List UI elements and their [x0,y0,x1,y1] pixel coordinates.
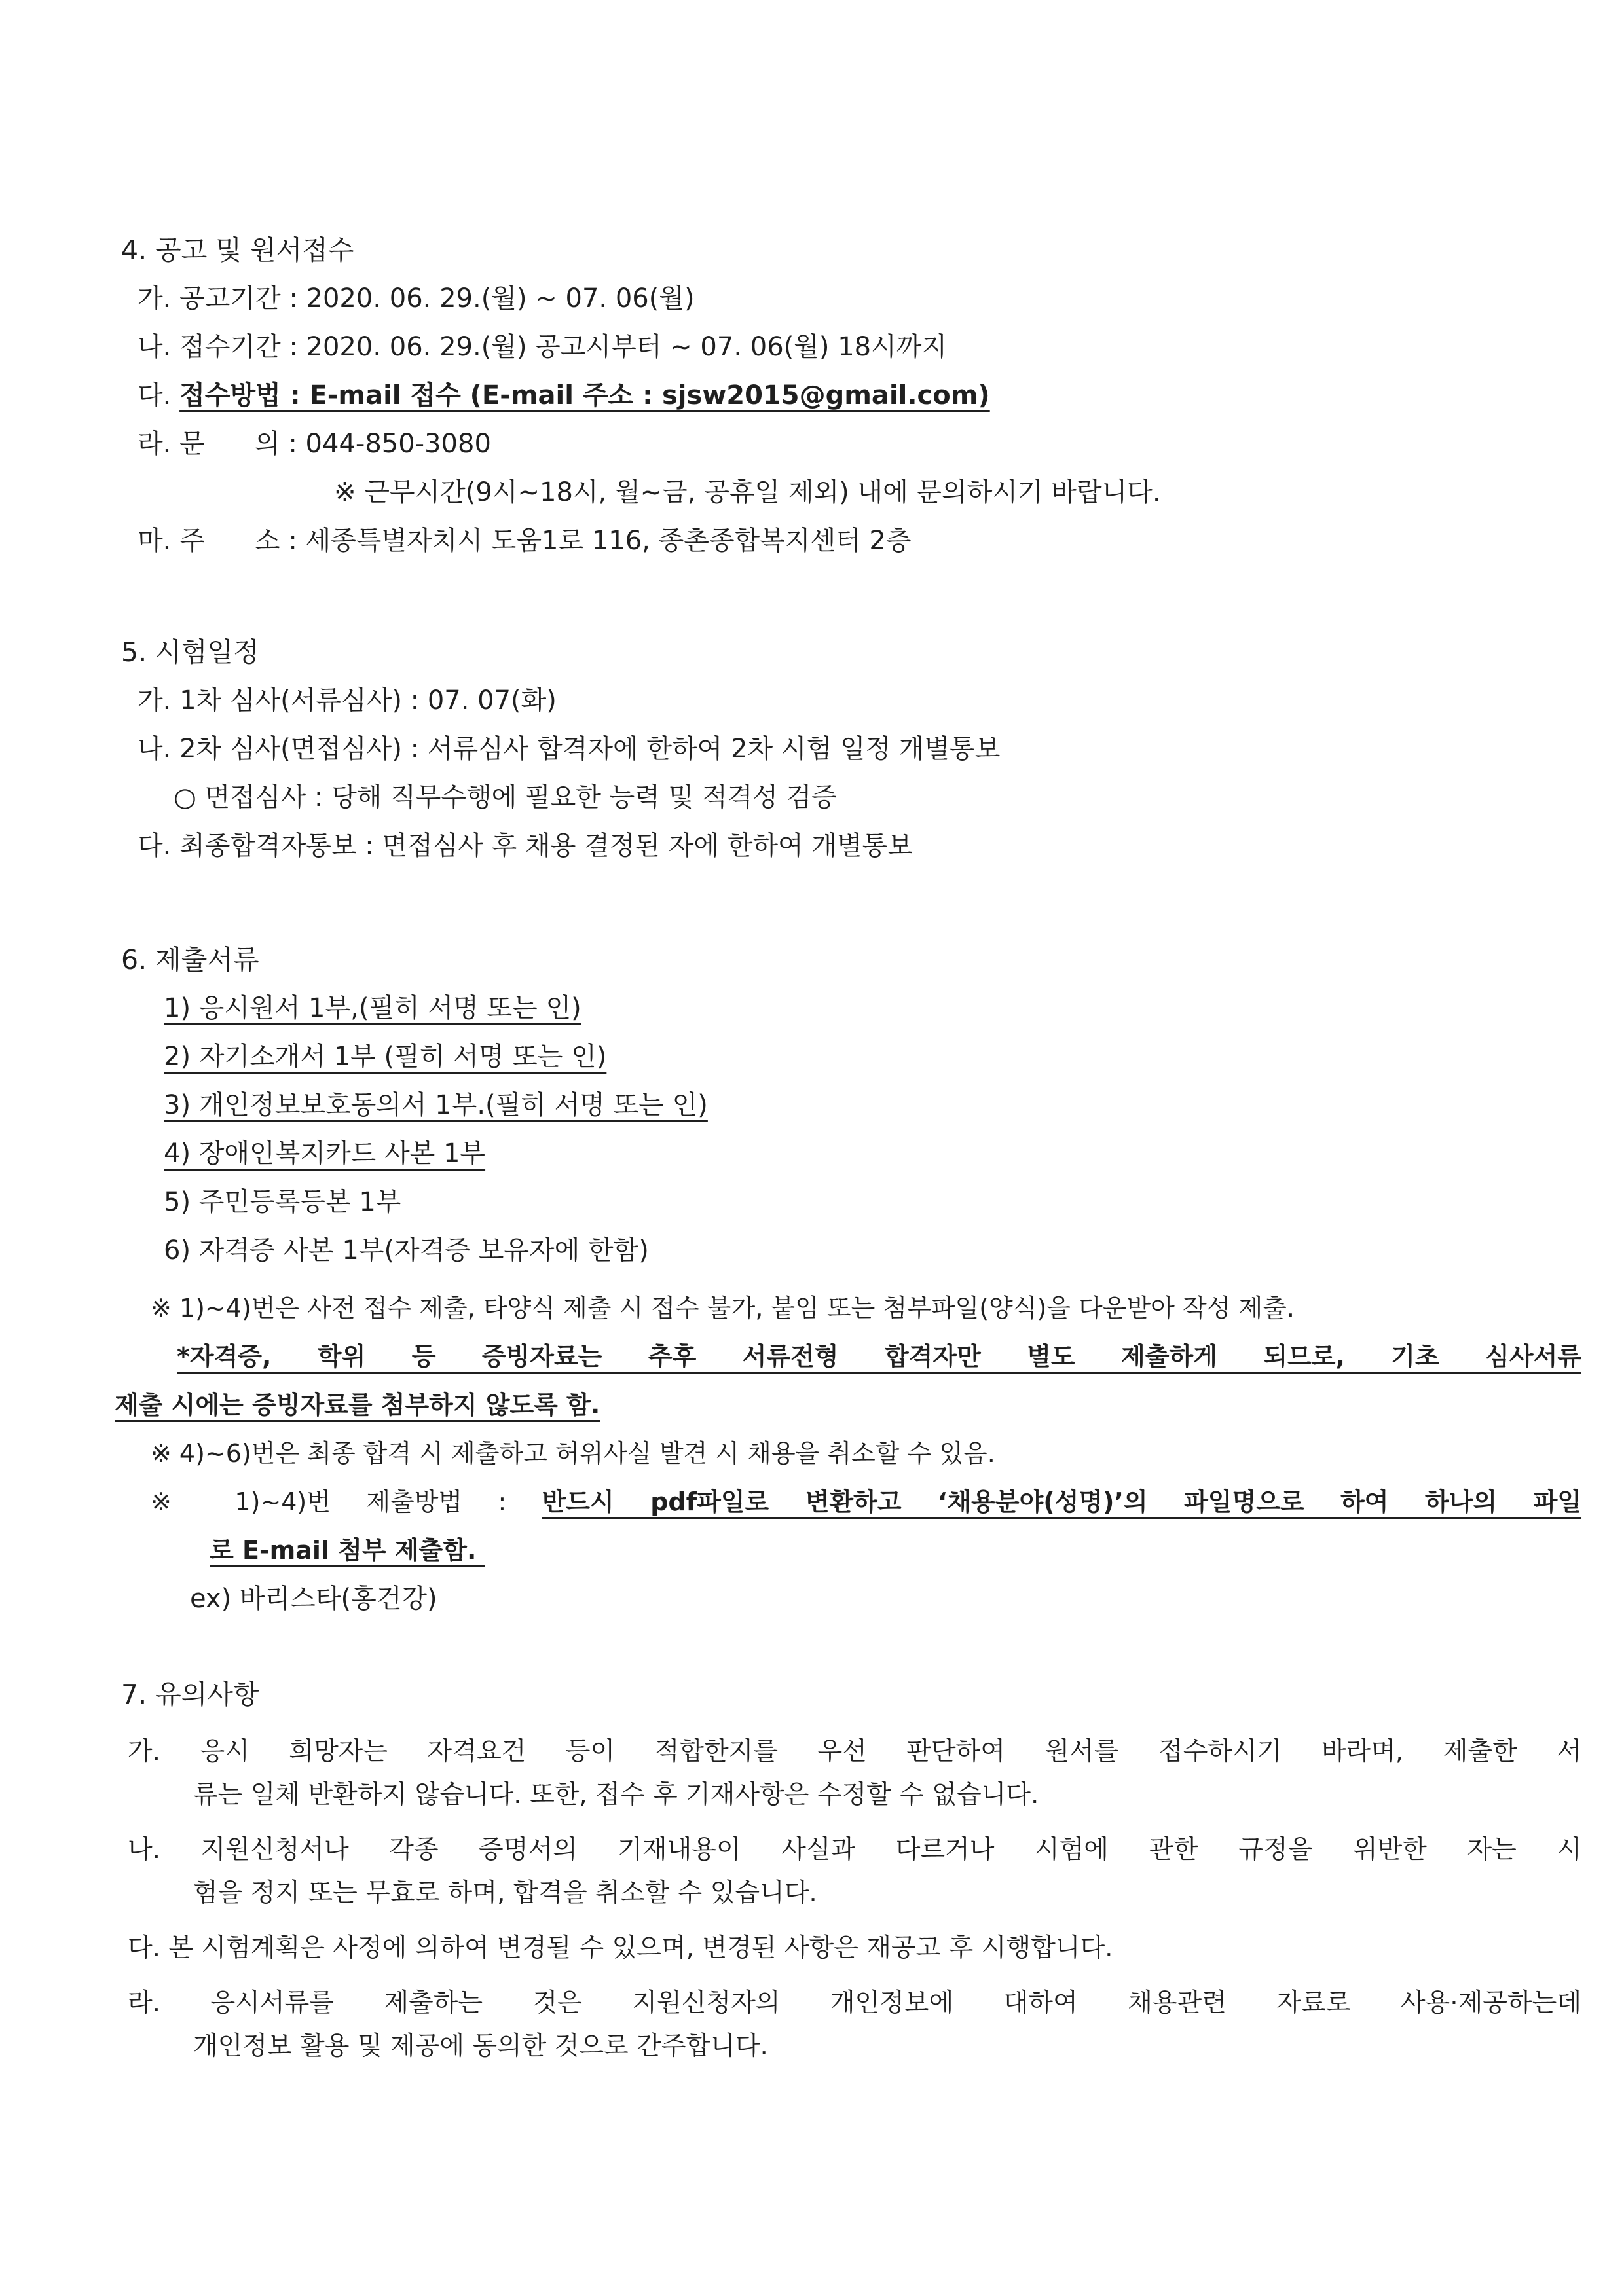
second-screening: 나. 2차 심사(면접심사) : 서류심사 합격자에 한하여 2차 시험 일정 … [121,725,1581,773]
document-body: 4. 공고 및 원서접수가. 공고기간 : 2020. 06. 29.(월) ~… [121,226,1581,2068]
text-segment: 라. 응시서류를 제출하는 것은 지원신청자의 개인정보에 대하여 채용관련 자… [128,1988,1581,2018]
section-title-documents: 6. 제출서류 [121,936,1581,984]
doc-disability-card: 4) 장애인복지카드 사본 1부 [121,1129,1581,1178]
text-segment: ※ 근무시간(9시~18시, 월~금, 공휴일 제외) 내에 문의하시기 바랍니… [334,477,1161,507]
doc-resident-register: 5) 주민등록등본 1부 [121,1178,1581,1226]
text-segment: ※ 1)~4)번 제출방법 : [151,1487,542,1516]
text-segment: 라. 문 의 : 044-850-3080 [138,429,491,459]
application-method: 다. 접수방법 : E-mail 접수 (E-mail 주소 : sjsw201… [121,371,1581,420]
text-segment: 제출 시에는 증빙자료를 첨부하지 않도록 함. [115,1391,600,1419]
section-notes: 7. 유의사항가. 응시 희망자는 자격요건 등이 적합한지를 우선 판단하여 … [121,1670,1581,2068]
caution-b-line1: 나. 지원신청서나 각종 증명서의 기재내용이 사실과 다르거나 시험에 관한 … [121,1829,1581,1872]
interview-detail: ○ 면접심사 : 당해 직무수행에 필요한 능력 및 적격성 검증 [121,773,1581,822]
address: 마. 주 소 : 세종특별자치시 도움1로 116, 종촌종합복지센터 2층 [121,517,1581,565]
text-segment: 마. 주 소 : 세종특별자치시 도움1로 116, 종촌종합복지센터 2층 [138,526,912,556]
text-segment: 4) 장애인복지카드 사본 1부 [164,1139,485,1169]
text-segment: 개인정보 활용 및 제공에 동의한 것으로 간주합니다. [193,2032,768,2061]
section-documents: 6. 제출서류1) 응시원서 1부,(필히 서명 또는 인)2) 자기소개서 1… [121,936,1581,1623]
section-schedule: 5. 시험일정가. 1차 심사(서류심사) : 07. 07(화)나. 2차 심… [121,628,1581,870]
document-page: 4. 공고 및 원서접수가. 공고기간 : 2020. 06. 29.(월) ~… [0,0,1624,2296]
text-segment: 다. 본 시험계획은 사정에 의하여 변경될 수 있으며, 변경된 사항은 재공… [128,1933,1113,1963]
text-segment: 로 E-mail 첨부 제출함. [210,1536,485,1565]
contact-hours-note: ※ 근무시간(9시~18시, 월~금, 공휴일 제외) 내에 문의하시기 바랍니… [121,468,1581,517]
note-pdf-method: ※ 1)~4)번 제출방법 : 반드시 pdf파일로 변환하고 ‘채용분야(성명… [121,1478,1581,1526]
text-segment: ○ 면접심사 : 당해 직무수행에 필요한 능력 및 적격성 검증 [174,782,837,812]
text-segment: 접수방법 : E-mail 접수 (E-mail 주소 : sjsw2015@g… [179,380,990,410]
text-segment: 나. 접수기간 : 2020. 06. 29.(월) 공고시부터 ~ 07. 0… [138,332,947,362]
text-segment: 3) 개인정보보호동의서 1부.(필히 서명 또는 인) [164,1090,708,1120]
text-segment: 나. 지원신청서나 각종 증명서의 기재내용이 사실과 다르거나 시험에 관한 … [128,1835,1581,1865]
caution-c: 다. 본 시험계획은 사정에 의하여 변경될 수 있으며, 변경된 사항은 재공… [121,1927,1581,1970]
text-segment: 6) 자격증 사본 1부(자격증 보유자에 한함) [164,1235,649,1266]
text-segment: 험을 정지 또는 무효로 하며, 합격을 취소할 수 있습니다. [193,1878,817,1908]
contact-phone: 라. 문 의 : 044-850-3080 [121,420,1581,468]
section-title-announcement: 4. 공고 및 원서접수 [121,226,1581,274]
caution-a-line2: 류는 일체 반환하지 않습니다. 또한, 접수 후 기재사항은 수정할 수 없습… [121,1774,1581,1817]
text-segment: ex) 바리스타(홍건강) [190,1584,437,1614]
text-segment: *자격증, 학위 등 증빙자료는 추후 서류전형 합격자만 별도 제출하게 되므… [177,1342,1581,1371]
text-segment: 다. 최종합격자통보 : 면접심사 후 채용 결정된 자에 한하여 개별통보 [138,831,913,861]
final-pass-notice: 다. 최종합격자통보 : 면접심사 후 채용 결정된 자에 한하여 개별통보 [121,822,1581,870]
note-evidence-line2: 제출 시에는 증빙자료를 첨부하지 않도록 함. [115,1381,1581,1429]
caution-d-line1: 라. 응시서류를 제출하는 것은 지원신청자의 개인정보에 대하여 채용관련 자… [121,1982,1581,2025]
example-filename: ex) 바리스타(홍건강) [121,1575,1581,1623]
text-segment: ※ 4)~6)번은 최종 합격 시 제출하고 허위사실 발견 시 채용을 취소할… [151,1439,995,1468]
text-segment: 가. 응시 희망자는 자격요건 등이 적합한지를 우선 판단하여 원서를 접수하… [128,1737,1581,1766]
doc-license-copy: 6) 자격증 사본 1부(자격증 보유자에 한함) [121,1226,1581,1275]
text-segment: 가. 1차 심사(서류심사) : 07. 07(화) [138,685,557,716]
caution-d-line2: 개인정보 활용 및 제공에 동의한 것으로 간주합니다. [121,2025,1581,2068]
section-title-notes: 7. 유의사항 [121,1670,1581,1719]
application-period: 나. 접수기간 : 2020. 06. 29.(월) 공고시부터 ~ 07. 0… [121,323,1581,371]
note-pre-submit: ※ 1)~4)번은 사전 접수 제출, 타양식 제출 시 접수 불가, 붙임 또… [121,1284,1581,1332]
doc-application-form: 1) 응시원서 1부,(필히 서명 또는 인) [121,984,1581,1032]
doc-self-introduction: 2) 자기소개서 1부 (필히 서명 또는 인) [121,1032,1581,1081]
section-announcement: 4. 공고 및 원서접수가. 공고기간 : 2020. 06. 29.(월) ~… [121,226,1581,565]
text-segment: ※ 1)~4)번은 사전 접수 제출, 타양식 제출 시 접수 불가, 붙임 또… [151,1294,1295,1322]
text-segment: 반드시 pdf파일로 변환하고 ‘채용분야(성명)’의 파일명으로 하여 하나의… [542,1487,1581,1516]
text-segment: 가. 공고기간 : 2020. 06. 29.(월) ~ 07. 06(월) [138,283,695,314]
text-segment: 2) 자기소개서 1부 (필히 서명 또는 인) [164,1042,606,1072]
note-evidence-line1: *자격증, 학위 등 증빙자료는 추후 서류전형 합격자만 별도 제출하게 되므… [121,1332,1581,1381]
text-segment: 5) 주민등록등본 1부 [164,1187,401,1217]
doc-privacy-consent: 3) 개인정보보호동의서 1부.(필히 서명 또는 인) [121,1081,1581,1129]
announcement-period: 가. 공고기간 : 2020. 06. 29.(월) ~ 07. 06(월) [121,274,1581,323]
text-segment: 류는 일체 반환하지 않습니다. 또한, 접수 후 기재사항은 수정할 수 없습… [193,1780,1039,1810]
caution-b-line2: 험을 정지 또는 무효로 하며, 합격을 취소할 수 있습니다. [121,1872,1581,1915]
text-segment: 다. [138,380,179,410]
first-screening: 가. 1차 심사(서류심사) : 07. 07(화) [121,676,1581,725]
note-email-attach: 로 E-mail 첨부 제출함. [121,1526,1581,1575]
section-title-schedule: 5. 시험일정 [121,628,1581,676]
text-segment: 나. 2차 심사(면접심사) : 서류심사 합격자에 한하여 2차 시험 일정 … [138,734,1000,764]
caution-a-line1: 가. 응시 희망자는 자격요건 등이 적합한지를 우선 판단하여 원서를 접수하… [121,1730,1581,1774]
text-segment: 1) 응시원서 1부,(필히 서명 또는 인) [164,993,581,1023]
note-final-submit: ※ 4)~6)번은 최종 합격 시 제출하고 허위사실 발견 시 채용을 취소할… [121,1429,1581,1478]
